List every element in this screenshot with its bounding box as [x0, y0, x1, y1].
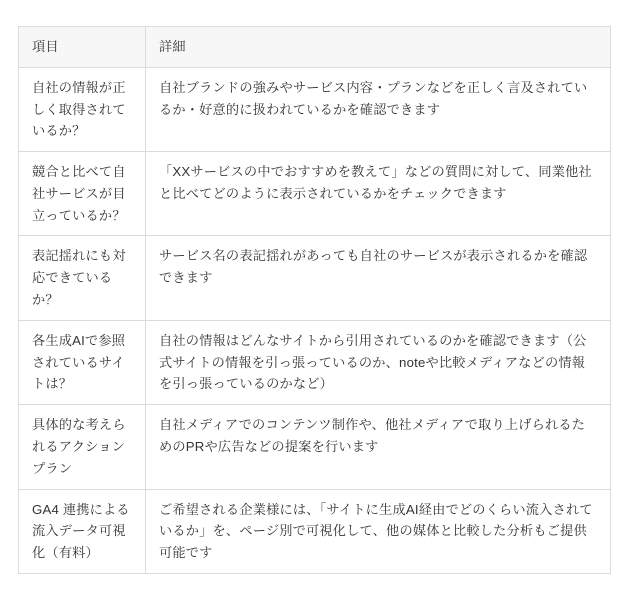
detail-cell: 自社メディアでのコンテンツ制作や、他社メディアで取り上げられるためのPRや広告な…	[146, 405, 611, 489]
page: 項目 詳細 自社の情報が正しく取得されているか？自社ブランドの強みやサービス内容…	[0, 0, 640, 574]
table-row: GA4 連携による流入データ可視化（有料）ご希望される企業様には、「サイトに生成…	[19, 489, 611, 573]
item-cell: 競合と比べて自社サービスが目立っているか？	[19, 152, 146, 236]
header-row: 項目 詳細	[19, 27, 611, 68]
item-cell: GA4 連携による流入データ可視化（有料）	[19, 489, 146, 573]
item-cell: 表記揺れにも対応できているか？	[19, 236, 146, 320]
item-cell: 各生成AIで参照されているサイトは？	[19, 320, 146, 404]
detail-cell: 自社の情報はどんなサイトから引用されているのかを確認できます（公式サイトの情報を…	[146, 320, 611, 404]
column-header-item: 項目	[19, 27, 146, 68]
detail-cell: 「XXサービスの中でおすすめを教えて」などの質問に対して、同業他社と比べてどのよ…	[146, 152, 611, 236]
item-cell: 具体的な考えられるアクションプラン	[19, 405, 146, 489]
table-body: 自社の情報が正しく取得されているか？自社ブランドの強みやサービス内容・プランなど…	[19, 67, 611, 573]
table-row: 具体的な考えられるアクションプラン自社メディアでのコンテンツ制作や、他社メディア…	[19, 405, 611, 489]
detail-cell: サービス名の表記揺れがあっても自社のサービスが表示されるかを確認できます	[146, 236, 611, 320]
item-cell: 自社の情報が正しく取得されているか？	[19, 67, 146, 151]
item-detail-table: 項目 詳細 自社の情報が正しく取得されているか？自社ブランドの強みやサービス内容…	[18, 26, 611, 574]
detail-cell: ご希望される企業様には、「サイトに生成AI経由でどのくらい流入されているか」を、…	[146, 489, 611, 573]
table-row: 競合と比べて自社サービスが目立っているか？「XXサービスの中でおすすめを教えて」…	[19, 152, 611, 236]
column-header-detail: 詳細	[146, 27, 611, 68]
detail-cell: 自社ブランドの強みやサービス内容・プランなどを正しく言及されているか・好意的に扱…	[146, 67, 611, 151]
table-row: 各生成AIで参照されているサイトは？自社の情報はどんなサイトから引用されているの…	[19, 320, 611, 404]
table-row: 自社の情報が正しく取得されているか？自社ブランドの強みやサービス内容・プランなど…	[19, 67, 611, 151]
table-row: 表記揺れにも対応できているか？サービス名の表記揺れがあっても自社のサービスが表示…	[19, 236, 611, 320]
